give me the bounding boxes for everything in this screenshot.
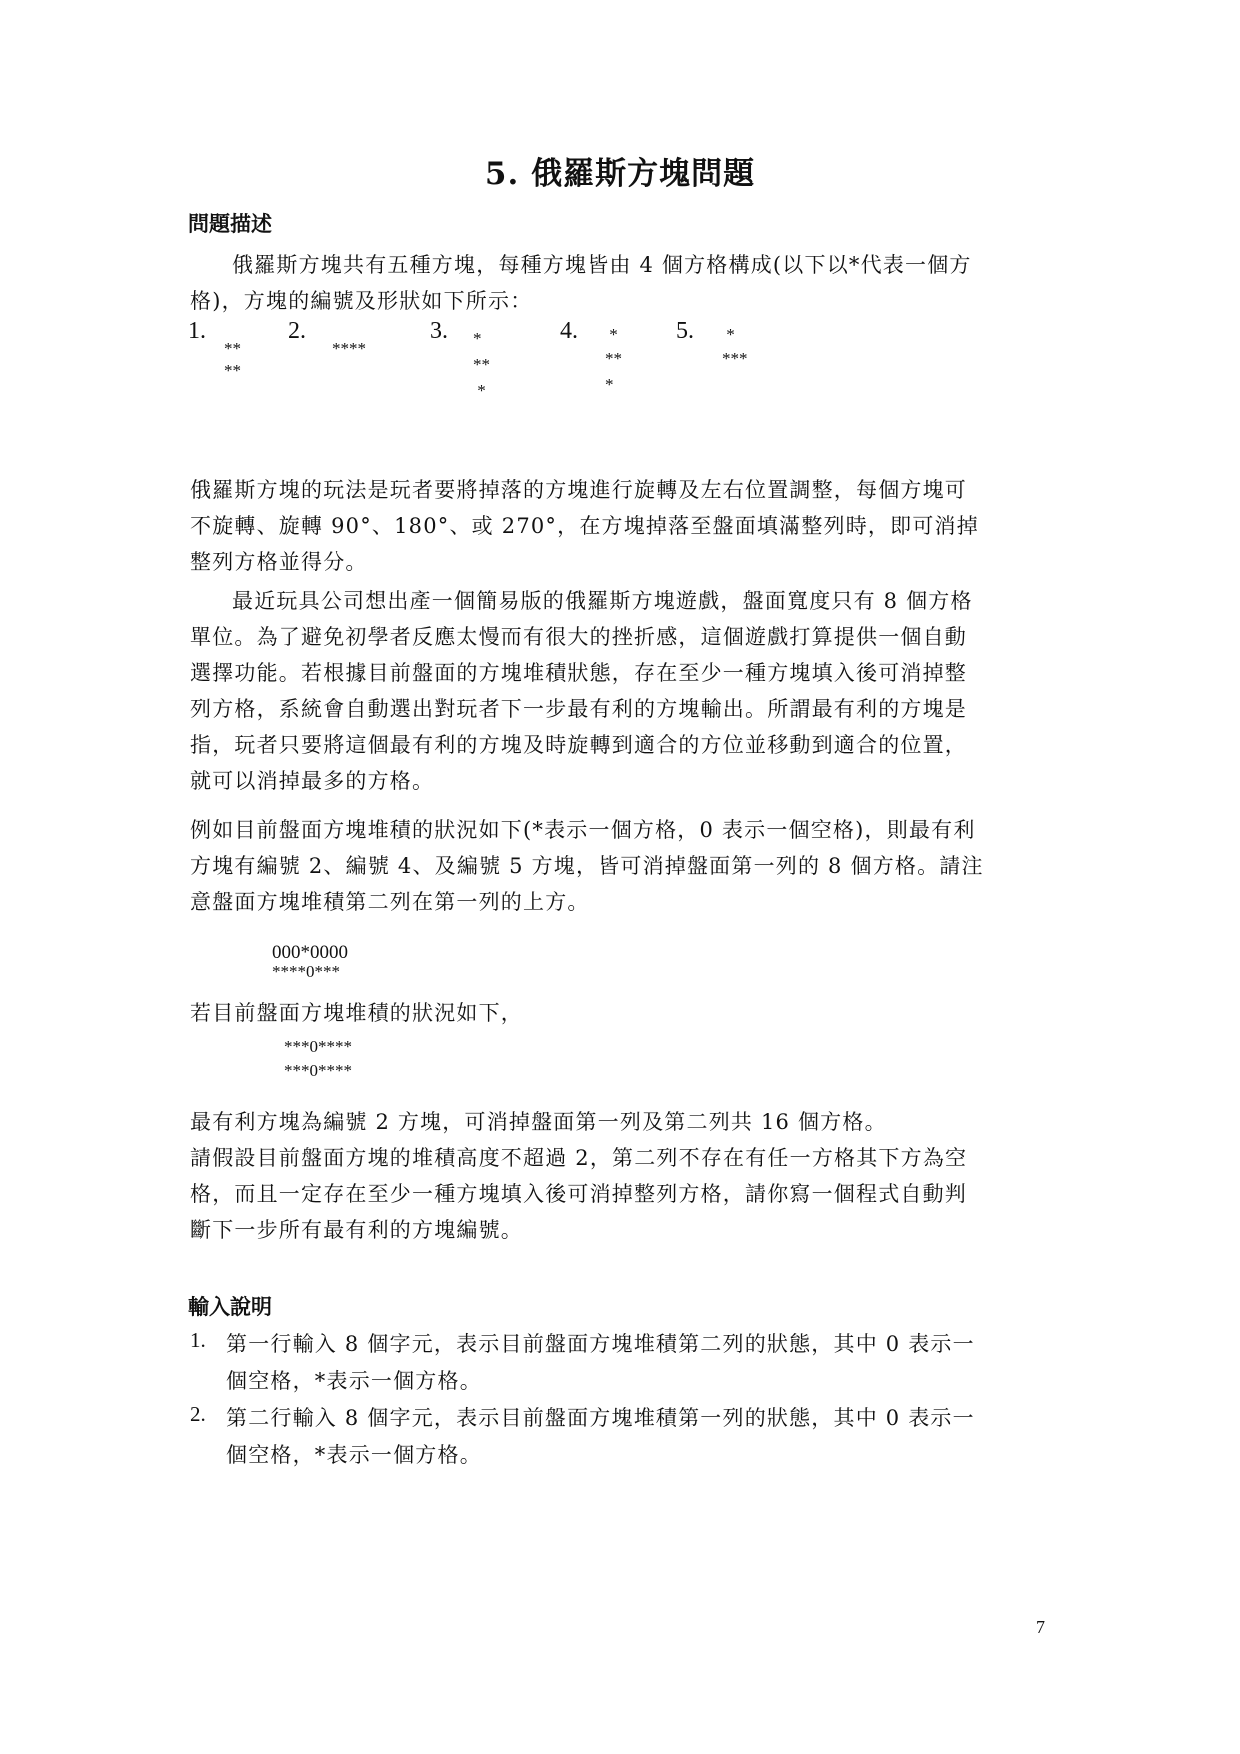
- paragraph-line: 選擇功能。若根據目前盤面的方塊堆積狀態，存在至少一種方塊填入後可消掉整: [190, 657, 967, 687]
- block-number: 4.: [560, 318, 578, 345]
- paragraph-line: 格)，方塊的編號及形狀如下所示：: [190, 285, 532, 315]
- paragraph-line: 請假設目前盤面方塊的堆積高度不超過 2，第二列不存在有任一方格其下方為空: [190, 1142, 967, 1172]
- paragraph-line: 俄羅斯方塊共有五種方塊，每種方塊皆由 4 個方格構成(以下以*代表一個方: [232, 249, 972, 279]
- list-item-number: 2.: [190, 1402, 206, 1427]
- paragraph-line: 就可以消掉最多的方格。: [190, 765, 434, 795]
- paragraph-line: 指，玩者只要將這個最有利的方塊及時旋轉到適合的方位並移動到適合的位置，: [190, 729, 967, 759]
- page-number: 7: [1036, 1617, 1045, 1638]
- block-shape-row: ***: [722, 350, 748, 367]
- block-number: 2.: [288, 318, 306, 345]
- paragraph-line: 方塊有編號 2、編號 4、及編號 5 方塊，皆可消掉盤面第一列的 8 個方格。請…: [190, 850, 984, 880]
- paragraph-line: 最近玩具公司想出產一個簡易版的俄羅斯方塊遊戲，盤面寬度只有 8 個方格: [232, 585, 973, 615]
- list-item-number: 1.: [190, 1328, 206, 1353]
- section-heading-input: 輸入說明: [188, 1291, 272, 1321]
- block-shape-row: *: [473, 330, 482, 347]
- list-item-text: 第二行輸入 8 個字元，表示目前盤面方塊堆積第一列的狀態，其中 0 表示一: [226, 1402, 975, 1432]
- block-shape-row: **: [224, 362, 241, 379]
- block-shape-row: **: [473, 356, 490, 373]
- paragraph-line: 列方格，系統會自動選出對玩者下一步最有利的方塊輸出。所謂最有利的方塊是: [190, 693, 967, 723]
- paragraph-line: 例如目前盤面方塊堆積的狀況如下(*表示一個方格，0 表示一個空格)，則最有利: [190, 814, 976, 844]
- block-number: 3.: [430, 318, 448, 345]
- document-page: 5. 俄羅斯方塊問題 問題描述 俄羅斯方塊共有五種方塊，每種方塊皆由 4 個方格…: [0, 0, 1240, 1754]
- block-number: 1.: [188, 318, 206, 345]
- board-row-1: ***0****: [284, 1062, 352, 1079]
- board-row-2: 000*0000: [272, 943, 348, 962]
- block-shape-row: *: [722, 326, 735, 343]
- list-item-text: 個空格，*表示一個方格。: [226, 1439, 482, 1469]
- list-item-text: 第一行輸入 8 個字元，表示目前盤面方塊堆積第二列的狀態，其中 0 表示一: [226, 1328, 975, 1358]
- block-number: 5.: [676, 318, 694, 345]
- paragraph-line: 單位。為了避免初學者反應太慢而有很大的挫折感，這個遊戲打算提供一個自動: [190, 621, 967, 651]
- paragraph-line: 整列方格並得分。: [190, 546, 368, 576]
- block-shape-row: **: [224, 340, 241, 357]
- block-shape-row: ****: [332, 340, 366, 357]
- block-shape-row: **: [605, 350, 622, 367]
- paragraph-line: 格，而且一定存在至少一種方塊填入後可消掉整列方格，請你寫一個程式自動判: [190, 1178, 967, 1208]
- block-shape-row: *: [605, 326, 618, 343]
- paragraph-line: 斷下一步所有最有利的方塊編號。: [190, 1214, 523, 1244]
- paragraph-line: 意盤面方塊堆積第二列在第一列的上方。: [190, 886, 590, 916]
- paragraph-line: 不旋轉、旋轉 90°、180°、或 270°，在方塊掉落至盤面填滿整列時，即可消…: [190, 510, 979, 540]
- section-heading-description: 問題描述: [188, 208, 272, 238]
- board-row-2: ***0****: [284, 1038, 352, 1055]
- paragraph-line: 最有利方塊為編號 2 方塊，可消掉盤面第一列及第二列共 16 個方格。: [190, 1106, 887, 1136]
- block-shape-row: *: [605, 376, 614, 393]
- paragraph-line: 俄羅斯方塊的玩法是玩者要將掉落的方塊進行旋轉及左右位置調整，每個方塊可: [190, 474, 967, 504]
- page-title: 5. 俄羅斯方塊問題: [0, 148, 1240, 193]
- board-row-1: ****0***: [272, 963, 340, 980]
- block-shape-row: *: [473, 382, 486, 399]
- paragraph-line: 若目前盤面方塊堆積的狀況如下，: [190, 997, 523, 1027]
- list-item-text: 個空格，*表示一個方格。: [226, 1365, 482, 1395]
